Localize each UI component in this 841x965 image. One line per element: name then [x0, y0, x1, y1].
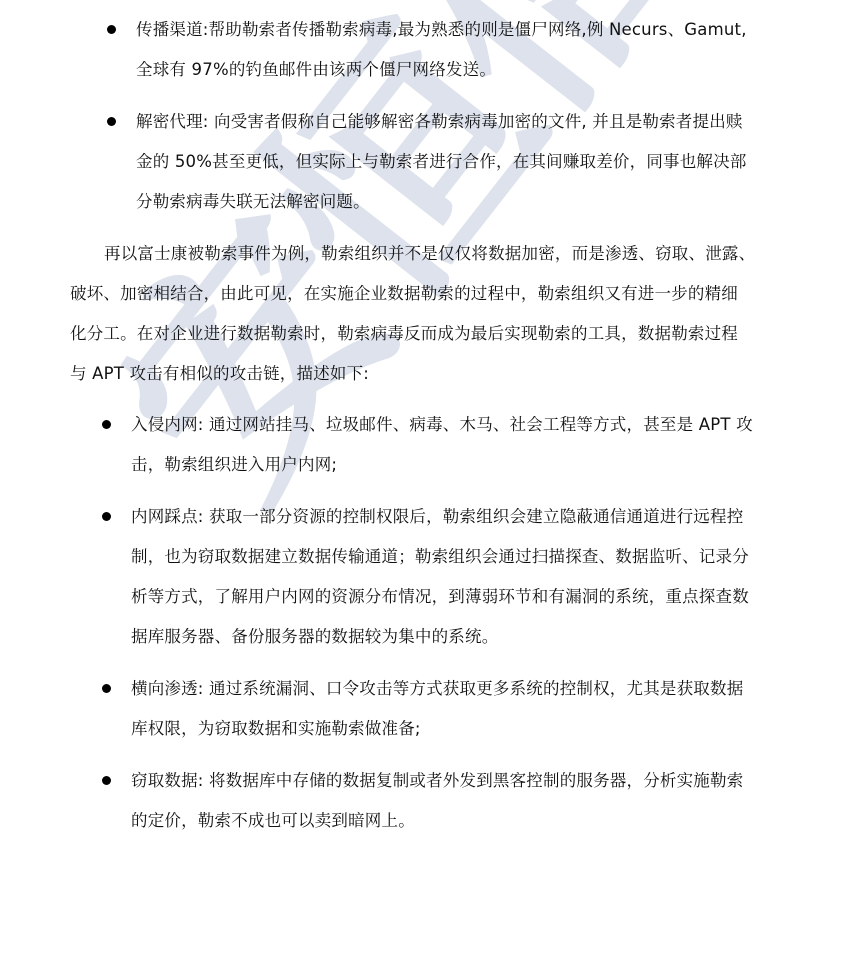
- bullet-text-line: 库权限，为窃取数据和实施勒索做准备;: [131, 719, 421, 739]
- watermark: 安恒信息: [0, 0, 841, 965]
- bullet-text-line: 窃取数据: 将数据库中存储的数据复制或者外发到黑客控制的服务器，分析实施勒索: [131, 771, 743, 791]
- bullet-text-line: 传播渠道:帮助勒索者传播勒索病毒,最为熟悉的则是僵尸网络,例 Necurs、Ga…: [136, 20, 747, 40]
- bullet-icon: [107, 25, 116, 34]
- bullet-icon: [102, 684, 111, 693]
- bullet-text-line: 金的 50%甚至更低，但实际上与勒索者进行合作，在其间赚取差价，同事也解决部: [136, 152, 747, 172]
- bullet-text-line: 全球有 97%的钓鱼邮件由该两个僵尸网络发送。: [136, 60, 496, 80]
- bullet-text-line: 击，勒索组织进入用户内网;: [131, 455, 337, 475]
- bullet-text-line: 析等方式，了解用户内网的资源分布情况，到薄弱环节和有漏洞的系统，重点探查数: [131, 587, 749, 607]
- bullet-text-line: 分勒索病毒失联无法解密问题。: [136, 192, 370, 212]
- bullet-text-line: 内网踩点: 获取一部分资源的控制权限后，勒索组织会建立隐蔽通信通道进行远程控: [131, 507, 743, 527]
- paragraph-line: 化分工。在对企业进行数据勒索时，勒索病毒反而成为最后实现勒索的工具，数据勒索过程: [70, 324, 738, 344]
- bullet-icon: [107, 117, 116, 126]
- bullet-text-line: 入侵内网: 通过网站挂马、垃圾邮件、病毒、木马、社会工程等方式，甚至是 APT …: [131, 415, 753, 435]
- paragraph-line: 与 APT 攻击有相似的攻击链，描述如下:: [70, 364, 369, 384]
- paragraph-line: 破坏、加密相结合，由此可见，在实施企业数据勒索的过程中，勒索组织又有进一步的精细: [70, 284, 738, 304]
- bullet-icon: [102, 776, 111, 785]
- bullet-icon: [102, 420, 111, 429]
- paragraph-line: 再以富士康被勒索事件为例，勒索组织并不是仅仅将数据加密，而是渗透、窃取、泄露、: [104, 244, 755, 264]
- bullet-text-line: 横向渗透: 通过系统漏洞、口令攻击等方式获取更多系统的控制权，尤其是获取数据: [131, 679, 743, 699]
- bullet-text-line: 的定价，勒索不成也可以卖到暗网上。: [131, 811, 415, 831]
- bullet-text-line: 据库服务器、备份服务器的数据较为集中的系统。: [131, 627, 498, 647]
- bullet-text-line: 解密代理: 向受害者假称自己能够解密各勒索病毒加密的文件, 并且是勒索者提出赎: [136, 112, 743, 132]
- bullet-text-line: 制，也为窃取数据建立数据传输通道；勒索组织会通过扫描探查、数据监听、记录分: [131, 547, 749, 567]
- bullet-icon: [102, 512, 111, 521]
